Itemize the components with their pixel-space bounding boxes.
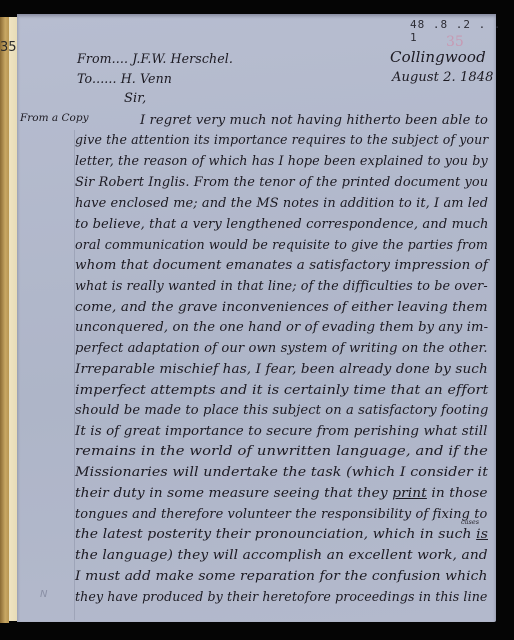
line-text: in those	[427, 485, 488, 500]
body-line: the latest posterity their pronounciatio…	[75, 526, 488, 541]
line-text: their duty in some measure seeing that t…	[75, 485, 392, 500]
body-line: Sir Robert Inglis. From the tenor of the…	[75, 174, 488, 189]
body-line: Missionaries will undertake the task (wh…	[75, 464, 488, 479]
body-line: letter, the reason of which has I hope b…	[75, 153, 488, 168]
body-line: perfect adaptation of our own system of …	[75, 340, 488, 355]
body-line: they have produced by their heretofore p…	[75, 589, 488, 604]
line-text: the latest posterity their pronounciatio…	[75, 526, 472, 541]
body-line: come, and the grave inconveniences of ei…	[75, 299, 488, 314]
body-line: give the attention its importance requir…	[75, 132, 488, 147]
body-line: have enclosed me; and the MS notes in ad…	[75, 195, 488, 210]
body-line: oral communication would be requisite to…	[75, 237, 488, 252]
body-line: unconquered, on the one hand or of evadi…	[75, 319, 488, 334]
underlined-word: print	[392, 485, 427, 500]
to-line: To...... H. Venn	[77, 71, 172, 86]
from-line: From.... J.F.W. Herschel.	[77, 51, 233, 66]
body-line: their duty in some measure seeing that t…	[75, 485, 488, 500]
body-line: imperfect attempts and it is certainly t…	[75, 382, 488, 397]
book-binding-edge	[0, 17, 9, 623]
to-name: H. Venn	[121, 71, 172, 86]
salutation: Sir,	[124, 91, 146, 106]
body-line: I regret very much not having hitherto b…	[140, 112, 488, 127]
inserted-word: cases	[461, 518, 479, 526]
body-line: I must add make some reparation for the …	[75, 568, 488, 583]
body-line: should be made to place this subject on …	[75, 402, 489, 417]
underlined-word: is	[476, 526, 488, 541]
pencil-mark: N	[40, 589, 47, 600]
body-line: to believe, that a very lengthened corre…	[75, 216, 489, 231]
edge-page-number: 35	[0, 40, 17, 55]
body-line: the language) they will accomplish an ex…	[75, 547, 488, 562]
body-line: what is really wanted in that line; of t…	[75, 278, 488, 293]
body-line: tongues and therefore volunteer the resp…	[75, 506, 487, 521]
body-line: Irreparable mischief has, I fear, been a…	[75, 361, 488, 376]
body-line: whom that document emanates a satisfacto…	[75, 257, 488, 272]
body-line: remains in the world of unwritten langua…	[75, 443, 488, 458]
margin-note: From a Copy	[20, 112, 89, 124]
from-label: From....	[77, 51, 128, 66]
place: Collingwood	[390, 48, 486, 66]
to-label: To......	[77, 71, 117, 86]
from-name: J.F.W. Herschel.	[132, 51, 233, 66]
body-line: It is of great importance to secure from…	[75, 423, 488, 438]
date: August 2. 1848	[392, 70, 494, 85]
